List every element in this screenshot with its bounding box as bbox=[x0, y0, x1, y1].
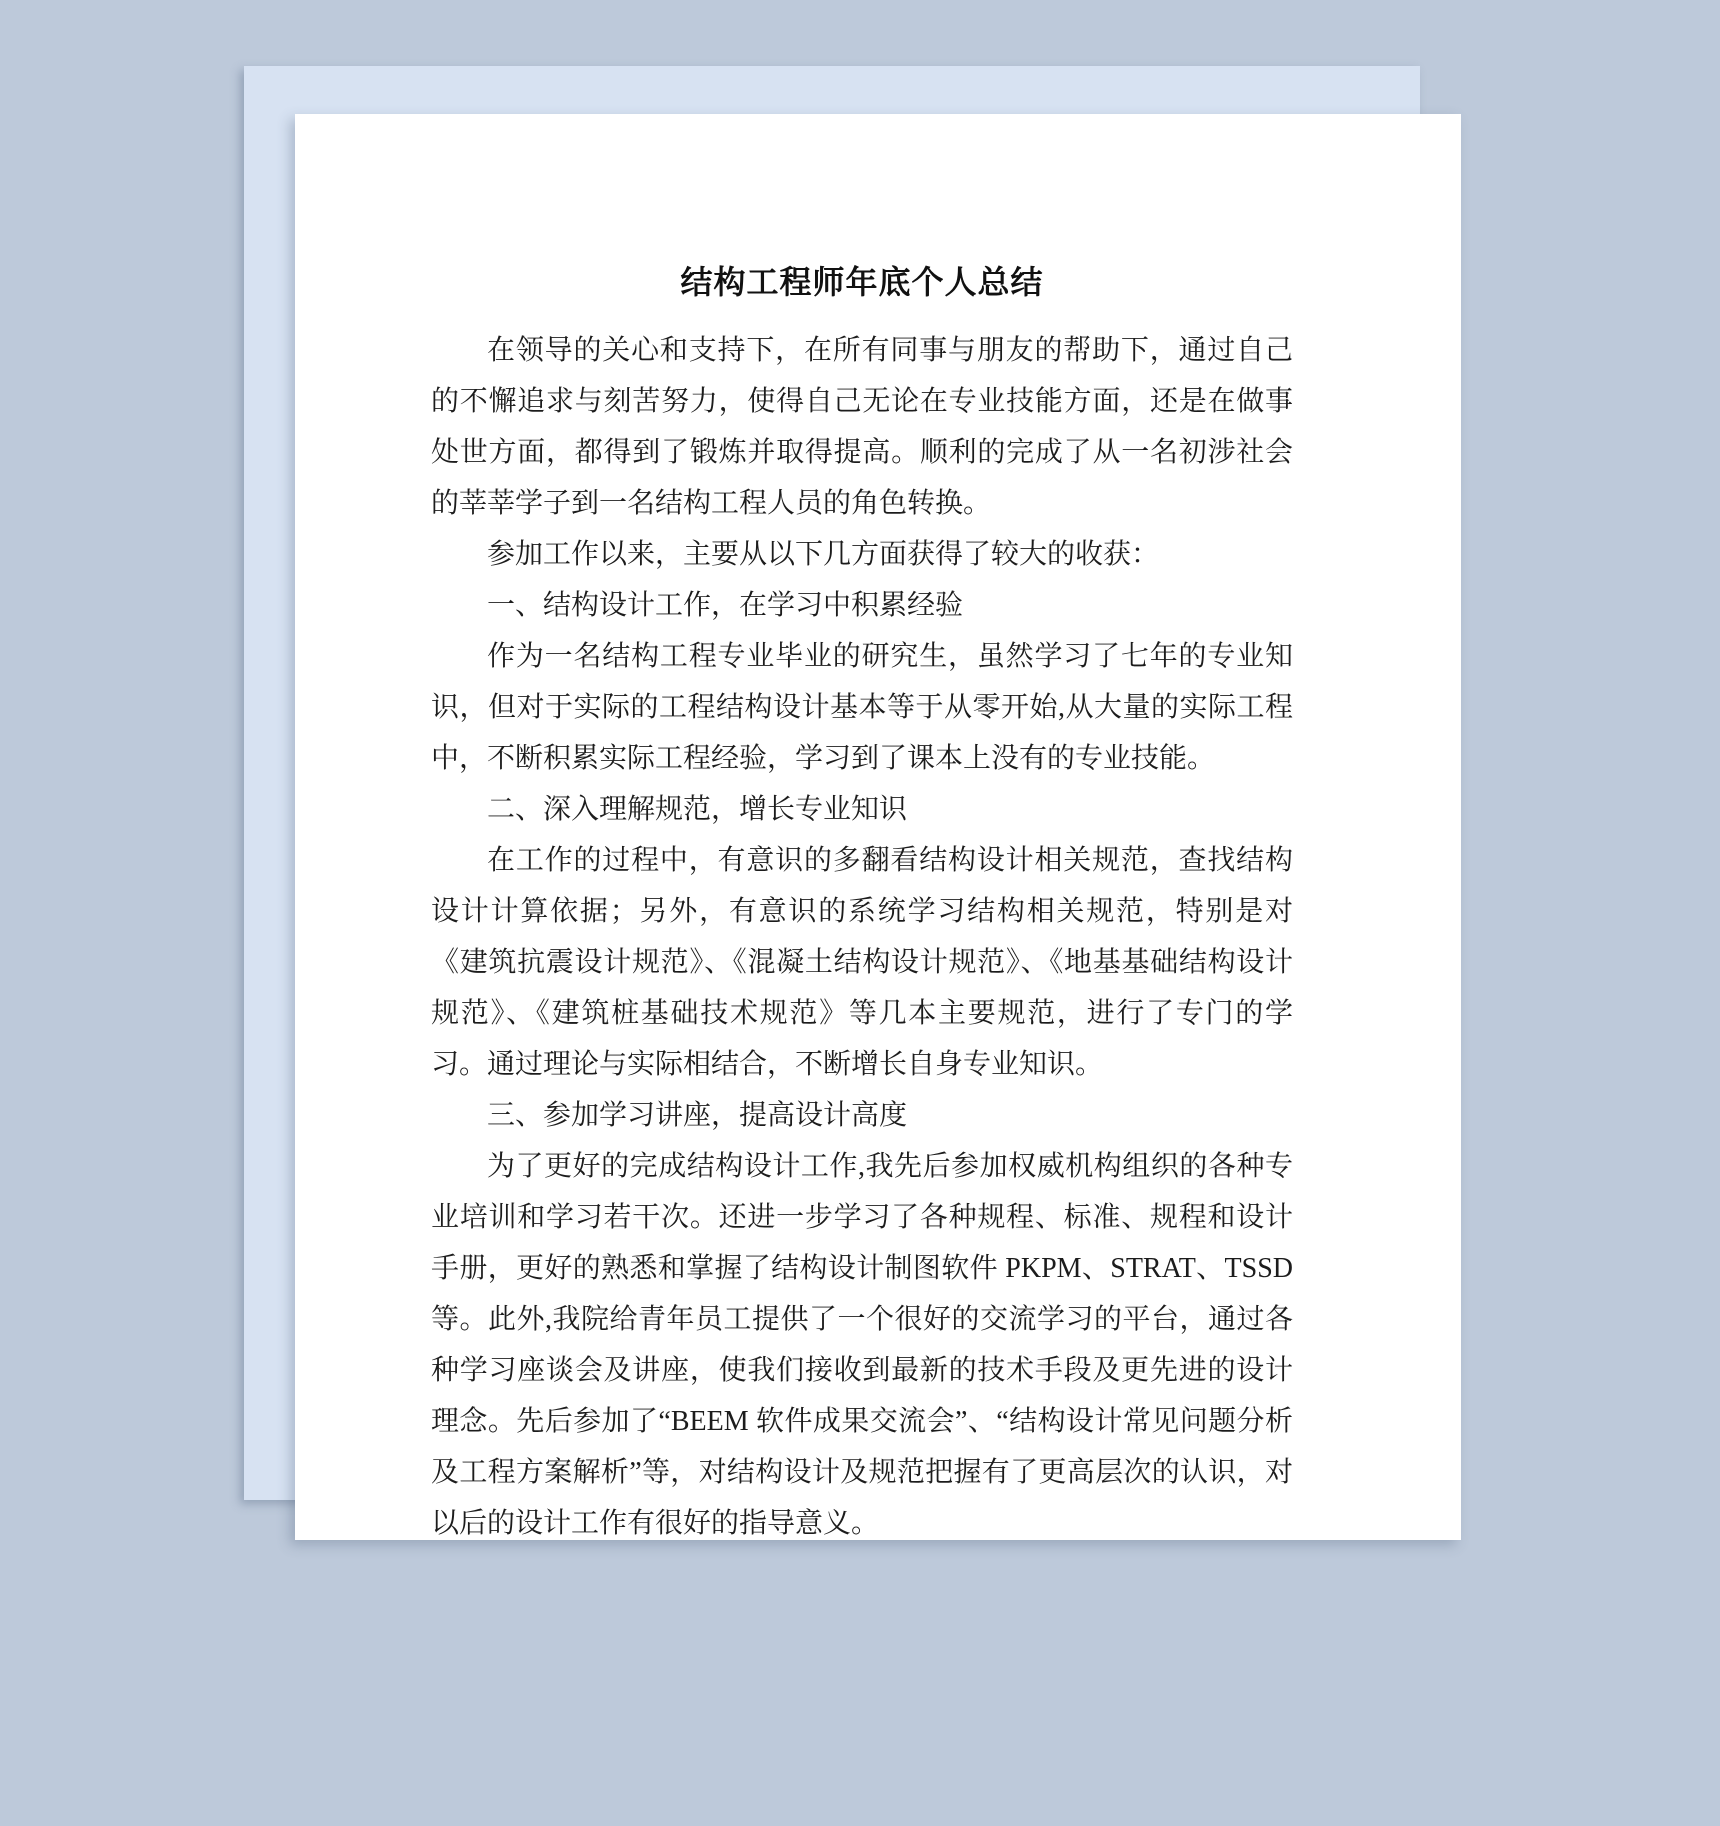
paragraph-section-2: 在工作的过程中，有意识的多翻看结构设计相关规范，查找结构设计计算依据；另外，有意… bbox=[431, 835, 1293, 1090]
document-body: 在领导的关心和支持下，在所有同事与朋友的帮助下，通过自己的不懈追求与刻苦努力，使… bbox=[431, 325, 1293, 1549]
paragraph-section-3: 为了更好的完成结构设计工作,我先后参加权威机构组织的各种专业培训和学习若干次。还… bbox=[431, 1141, 1293, 1549]
section-heading-2: 二、深入理解规范，增长专业知识 bbox=[431, 784, 1293, 835]
section-heading-1: 一、结构设计工作，在学习中积累经验 bbox=[431, 580, 1293, 631]
paragraph-section-1: 作为一名结构工程专业毕业的研究生，虽然学习了七年的专业知识，但对于实际的工程结构… bbox=[431, 631, 1293, 784]
desktop-background: 结构工程师年底个人总结 在领导的关心和支持下，在所有同事与朋友的帮助下，通过自己… bbox=[0, 0, 1720, 1826]
section-heading-3: 三、参加学习讲座，提高设计高度 bbox=[431, 1090, 1293, 1141]
document-page: 结构工程师年底个人总结 在领导的关心和支持下，在所有同事与朋友的帮助下，通过自己… bbox=[295, 114, 1461, 1540]
paragraph-gains-lead-in: 参加工作以来，主要从以下几方面获得了较大的收获： bbox=[431, 529, 1293, 580]
document-title: 结构工程师年底个人总结 bbox=[431, 262, 1293, 304]
paragraph-intro: 在领导的关心和支持下，在所有同事与朋友的帮助下，通过自己的不懈追求与刻苦努力，使… bbox=[431, 325, 1293, 529]
